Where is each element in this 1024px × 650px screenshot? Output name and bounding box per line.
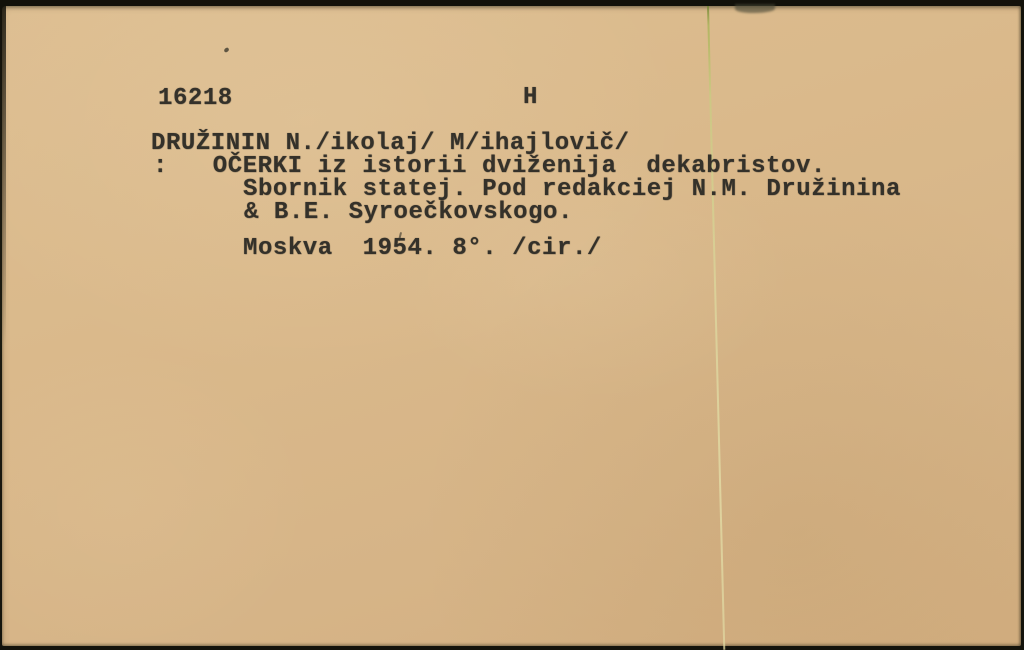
- accession-number: 16218: [158, 87, 233, 111]
- scan-frame: 16218 H DRUŽININ N./ikolaj/ M/ihajlovič/…: [0, 0, 1024, 650]
- card-crease-line: [707, 6, 725, 650]
- ink-speck: [223, 47, 229, 53]
- top-edge-smudge: [735, 4, 775, 13]
- imprint-line: Moskva 1954. 8°. /cir./: [243, 237, 602, 261]
- statement-line-2: & B.E. Syroečkovskogo.: [244, 201, 573, 225]
- section-letter: H: [523, 86, 538, 110]
- catalog-card: 16218 H DRUŽININ N./ikolaj/ M/ihajlovič/…: [2, 6, 1021, 646]
